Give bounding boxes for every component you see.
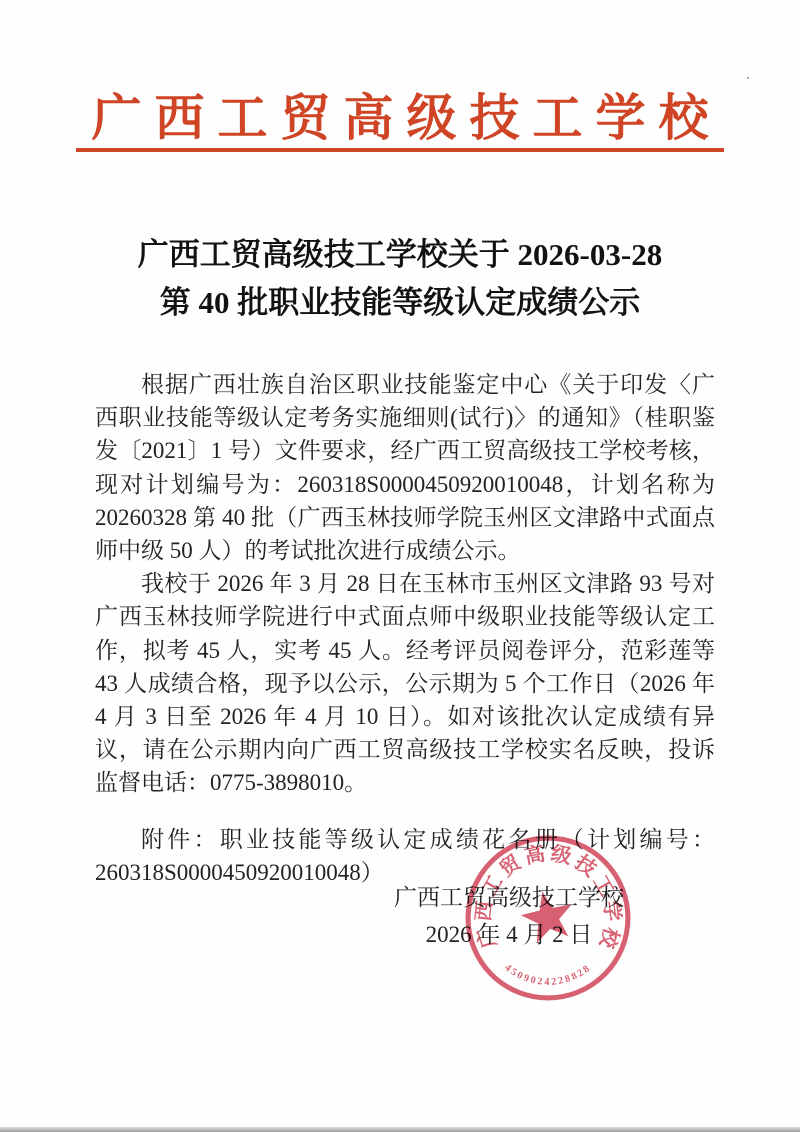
letterhead-divider: [76, 148, 724, 152]
scanned-document-page: 广西工贸高级技工学校 广西工贸高级技工学校关于 2026-03-28 第 40 …: [0, 0, 800, 1132]
body-paragraph-2: 我校于 2026 年 3 月 28 日在玉林市玉州区文津路 93 号对广西玉林技…: [95, 567, 715, 799]
letterhead-school-name: 广西工贸高级技工学校: [0, 78, 800, 150]
official-seal: 广西工贸高级技工学校 4509024228828: [461, 831, 635, 1005]
document-title-line1: 广西工贸高级技工学校关于 2026-03-28: [0, 231, 800, 279]
document-body: 根据广西壮族自治区职业技能鉴定中心《关于印发〈广西职业技能等级认定考务实施细则(…: [95, 368, 715, 889]
scan-speck-artifact: [747, 77, 749, 79]
document-title-line2: 第 40 批职业技能等级认定成绩公示: [0, 279, 800, 327]
scan-bottom-edge: [0, 1127, 800, 1132]
seal-number: 4509024228828: [502, 962, 593, 988]
document-title: 广西工贸高级技工学校关于 2026-03-28 第 40 批职业技能等级认定成绩…: [0, 231, 800, 327]
body-paragraph-1: 根据广西壮族自治区职业技能鉴定中心《关于印发〈广西职业技能等级认定考务实施细则(…: [95, 368, 715, 567]
svg-text:4509024228828: 4509024228828: [502, 962, 593, 988]
seal-star-icon: [517, 886, 578, 945]
